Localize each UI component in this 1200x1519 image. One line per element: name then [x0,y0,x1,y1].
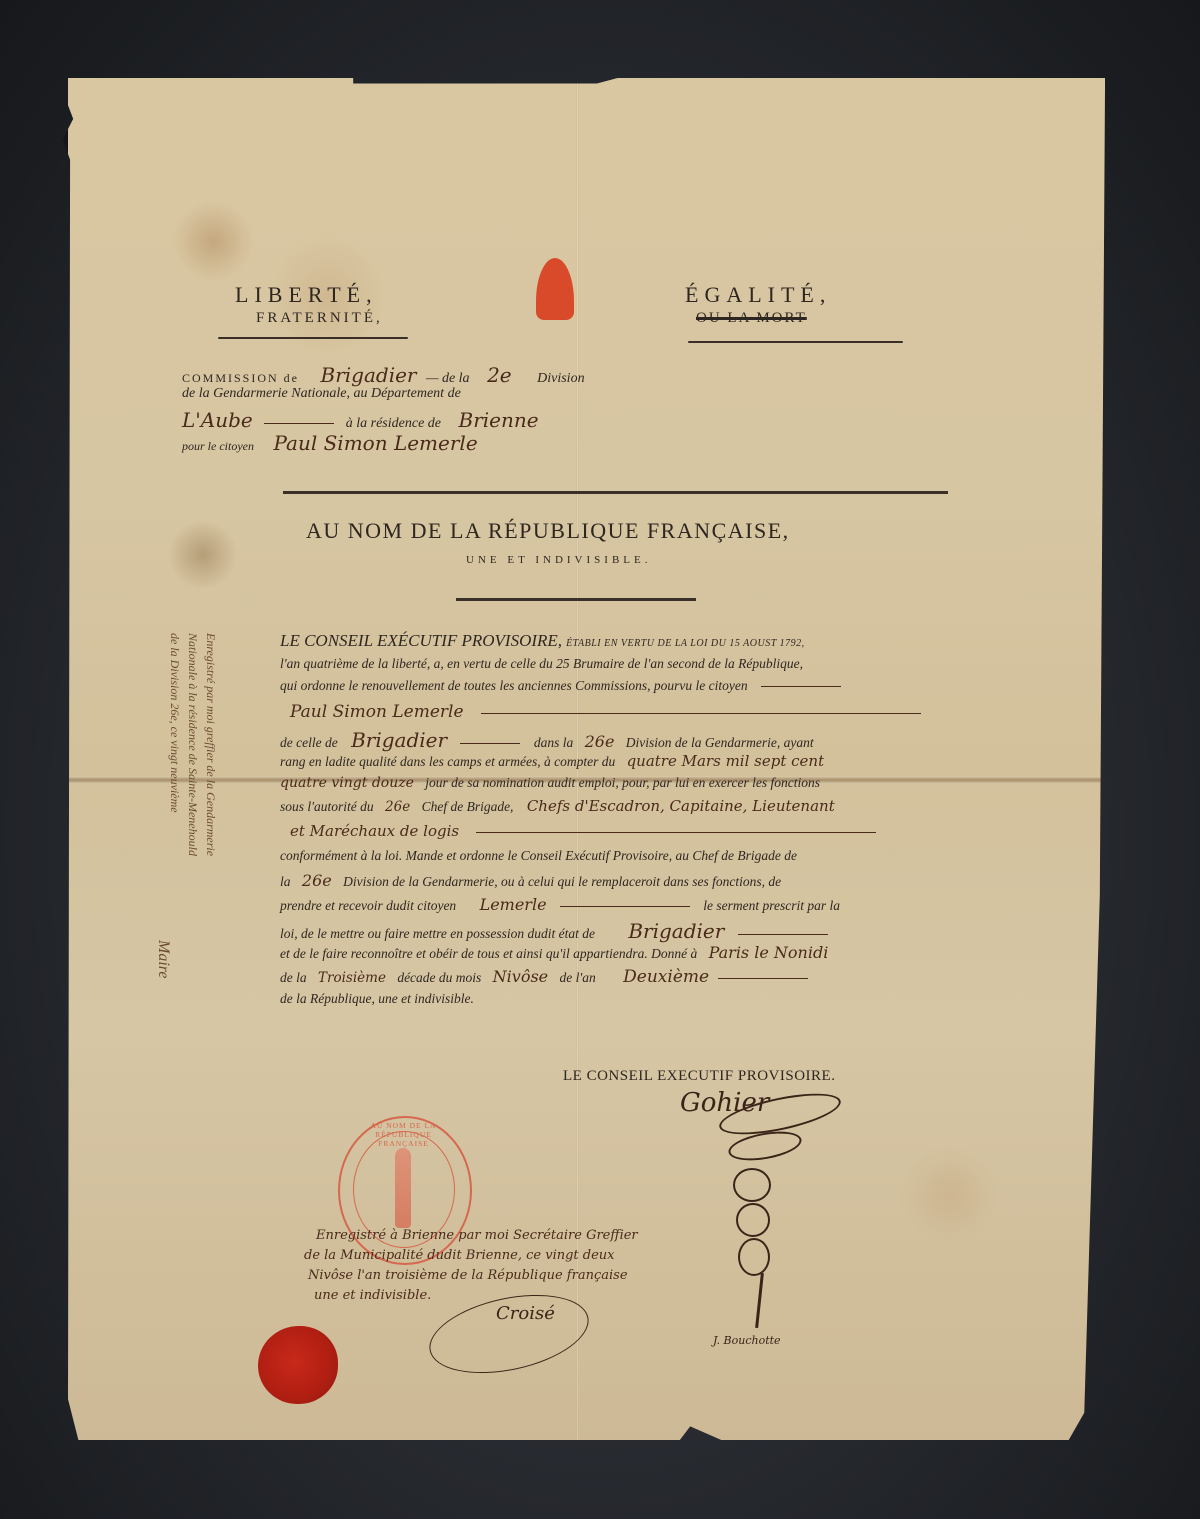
decade-handwritten: Troisième [318,970,386,986]
body-text: loi, de le mettre ou faire mettre en pos… [280,926,595,941]
division-handwritten: 26e [302,871,332,890]
motto-rule-left [218,337,408,339]
wax-seal-icon [258,1326,338,1404]
registration-line-3: Nivôse l'an troisième de la République f… [308,1268,628,1283]
document-title: AU NOM DE LA RÉPUBLIQUE FRANÇAISE, [306,518,790,544]
year-handwritten: Deuxième [623,967,709,987]
commission-line-4: pour le citoyen Paul Simon Lemerle [182,431,478,455]
signature-flourish [736,1203,770,1237]
commission-residence: Brienne [459,408,539,432]
margin-note-line-1: Enregistré par moi greffier de la Gendar… [203,633,218,856]
motto-struck-out: OU LA MORT [696,310,807,327]
rank-handwritten: Brigadier [351,728,447,752]
margin-note-line-2: Nationale à la résidence de Sainte-Meneh… [185,633,200,856]
authority-ranks: Chefs d'Escadron, Capitaine, Lieutenant [527,797,835,815]
body-text: prendre et recevoir dudit citoyen [280,898,456,913]
fill-dash [560,906,690,907]
body-text: jour de sa nomination audit emploi, pour… [425,775,820,790]
phrygian-cap-icon [536,258,574,320]
fill-dash [264,423,334,424]
body-text: la [280,874,291,889]
body-line-14: et de le faire reconnoître et obéir de t… [280,943,828,962]
stamp-legend: AU NOM DE LA RÉPUBLIQUE FRANÇAISE [356,1121,451,1148]
body-text: de celle de [280,735,338,750]
body-text: qui ordonne le renouvellement de toutes … [280,678,748,693]
fill-dash [460,743,520,744]
body-text: Division de la Gendarmerie, ayant [626,735,814,750]
body-line-7: quatre vingt douze jour de sa nomination… [280,775,820,791]
body-line-10: conformément à la loi. Mande et ordonne … [280,848,797,864]
citoyen-name: Paul Simon Lemerle [290,702,464,722]
registration-line-4: une et indivisible. [314,1288,431,1303]
date-handwritten: quatre Mars mil sept cent [627,752,825,770]
commission-line-3: L'Aube à la résidence de Brienne [182,408,539,432]
fill-dash [481,713,921,714]
body-line-4: Paul Simon Lemerle [290,702,921,722]
body-text: sous l'autorité du [280,799,374,814]
citoyen-surname: Lemerle [480,895,547,914]
body-text: le serment prescrit par la [703,898,840,913]
body-text: Division de la Gendarmerie, ou à celui q… [343,874,781,889]
registration-line-2: de la Municipalité dudit Brienne, ce vin… [304,1248,615,1263]
place-date-handwritten: Paris le Nonidi [709,943,829,962]
council-caps: LE CONSEIL EXÉCUTIF PROVISOIRE, [280,631,562,650]
month-handwritten: Nivôse [493,967,548,986]
registration-line-1: Enregistré à Brienne par moi Secrétaire … [316,1228,638,1243]
commission-division-prefix: — de la [426,371,470,386]
body-line-9: et Maréchaux de logis [290,822,876,840]
motto-egalite: ÉGALITÉ, [685,282,831,308]
document-subtitle: UNE ET INDIVISIBLE. [466,554,651,566]
council-signature-heading: LE CONSEIL EXECUTIF PROVISOIRE. [563,1068,835,1085]
commission-label: COMMISSION de [182,371,299,385]
body-text: dans la [534,735,573,750]
commission-division: 2e [487,363,512,387]
body-line-11: la 26e Division de la Gendarmerie, ou à … [280,871,781,890]
signature-bouchotte: J. Bouchotte [713,1334,781,1347]
signature-stroke [755,1273,764,1328]
body-line-12: prendre et recevoir dudit citoyen Lemerl… [280,895,840,914]
margin-note-signature: Maire [154,940,172,979]
body-line-15: de la Troisième décade du mois Nivôse de… [280,967,808,987]
date-handwritten-cont: quatre vingt douze [280,775,414,791]
body-line-2: l'an quatrième de la liberté, a, en vert… [280,656,803,672]
body-line-13: loi, de le mettre ou faire mettre en pos… [280,919,828,943]
commission-line-1: COMMISSION de Brigadier — de la 2e Divis… [182,363,585,387]
heading-rule-bottom [456,598,696,601]
body-line-5: de celle de Brigadier dans la 26e Divisi… [280,728,814,752]
body-text: rang en ladite qualité dans les camps et… [280,754,615,769]
authority-division: 26e [385,799,410,815]
body-text: décade du mois [397,970,481,985]
commission-line-2: de la Gendarmerie Nationale, au Départem… [182,386,461,402]
body-line-8: sous l'autorité du 26e Chef de Brigade, … [280,797,835,815]
body-line-3: qui ordonne le renouvellement de toutes … [280,678,841,694]
commission-citoyen-prefix: pour le citoyen [182,439,254,453]
commission-residence-prefix: à la résidence de [346,416,441,431]
commission-departement: L'Aube [182,408,253,432]
fill-dash [476,832,876,833]
body-text: de la [280,970,307,985]
fill-dash [761,686,841,687]
motto-liberte: LIBERTÉ, [235,282,378,308]
division-handwritten: 26e [585,732,615,751]
body-line-1: LE CONSEIL EXÉCUTIF PROVISOIRE, ÉTABLI E… [280,631,805,651]
commission-citoyen: Paul Simon Lemerle [273,431,477,455]
motto-fraternite: FRATERNITÉ, [256,310,383,327]
body-line-16: de la République, une et indivisible. [280,991,474,1007]
body-text: de l'an [560,970,596,985]
body-text: Chef de Brigade, [422,799,514,814]
liberty-figure-icon [395,1148,411,1228]
ranks-handwritten: et Maréchaux de logis [290,822,459,840]
fill-dash [718,978,808,979]
signature-flourish [422,1282,595,1386]
body-line-6: rang en ladite qualité dans les camps et… [280,752,824,770]
margin-note-line-3: de la Division 26e, ce vingt neuvième [167,633,182,813]
fill-dash [738,934,828,935]
body-text: et de le faire reconnoître et obéir de t… [280,946,697,961]
commission-rank: Brigadier [321,363,417,387]
document-paper: LIBERTÉ, FRATERNITÉ, ÉGALITÉ, OU LA MORT… [68,78,1105,1440]
council-law: ÉTABLI EN VERTU DE LA LOI DU 15 AOUST 17… [566,638,805,649]
heading-rule-top [283,491,948,494]
motto-rule-right [688,341,903,343]
signature-flourish [733,1168,771,1202]
rank-handwritten: Brigadier [628,919,724,943]
signature-flourish [738,1238,770,1276]
commission-division-suffix: Division [537,371,584,386]
